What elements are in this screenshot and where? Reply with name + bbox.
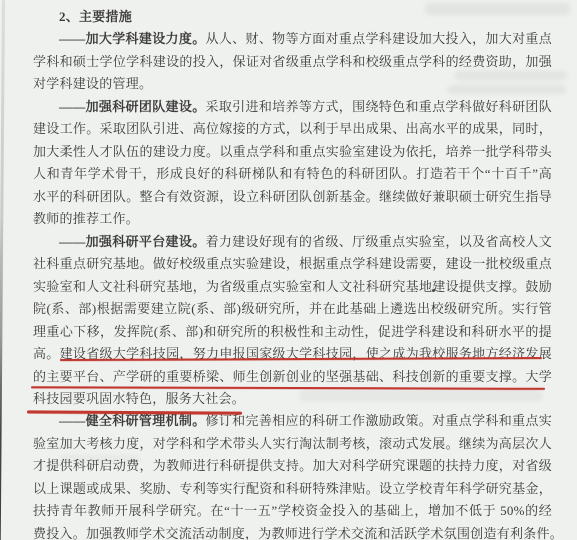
- text-line-underlined: 高。建设省级大学科技园，努力申报国家级大学科技园，使之成为我校服务地方经济发展: [33, 343, 552, 365]
- paragraph-lead: ——加强科研平台建设。: [59, 234, 206, 249]
- line-text: 采取引进和培养等方式，围绕特色和重点学科做好科研团队: [206, 99, 552, 114]
- text-line: 学科和硕士学位学科建设的投入，保证对省级重点学科和校级重点学科的经费资助，加强: [33, 51, 552, 73]
- line-text: 对学科建设的管理。: [33, 76, 152, 91]
- text-line: 加大柔性人才队伍的建设力度。以重点学科和重点实验室建设为依托，培养一批学科带头: [33, 141, 552, 163]
- line-text: 的主要平台、产学研的重要桥梁、师生创新创业的坚强基础、科技创新的重要支撑。大学: [33, 369, 552, 384]
- paragraph-lead: ——加强科研团队建设。: [59, 99, 206, 114]
- text-line-underlined: 科技园要巩固水特色，服务大社会。: [33, 388, 552, 410]
- paragraph-lead: ——健全科研管理机制。: [59, 413, 206, 428]
- scanned-document-page: 2、主要措施 ——加大学科建设力度。从人、财、物等方面对重点学科建设加大投入，加…: [0, 0, 577, 540]
- line-text: 教师的推荐工作。: [33, 211, 139, 226]
- line-text: 才提供科研启动费，为教师进行科研提供支持。加大对科学研究课题的扶持力度，对省级: [33, 458, 552, 473]
- line-text: 科技园要巩固水特色，服务大社会。: [33, 391, 245, 406]
- text-line: 院(系、部)根据需要建立院(系、部)级研究所，并在此基础上遴选出校级研究所。实行…: [33, 298, 552, 320]
- line-text: 建设工作。采取团队引进、高位嫁接的方式，以利于早出成果、出高水平的成果，同时，: [33, 121, 552, 136]
- text-line: 理重心下移，发挥院(系、部)和研究所的积极性和主动性，促进学科建设和科研水平的提: [33, 321, 552, 343]
- line-text: 修订和完善相应的科研工作激励政策。对重点学科和重点实: [206, 413, 552, 428]
- line-text: 社科重点研究基地。做好校级重点实验建设，根据重点学科建设需要，建设一批校级重点: [33, 256, 552, 271]
- text-line: 才提供科研启动费，为教师进行科研提供支持。加大对科学研究课题的扶持力度，对省级: [33, 455, 552, 477]
- line-text: 验室加大考核力度，对学科和学术带头人实行淘汰制考核，滚动式发展。继续为高层次人: [33, 436, 552, 451]
- text-line: 实验室和人文社科研究基地，为省级重点实验室和人文社科研究基地建设提供支撑。鼓励: [33, 276, 552, 298]
- line-text: 加大柔性人才队伍的建设力度。以重点学科和重点实验室建设为依托，培养一批学科带头: [33, 144, 552, 159]
- text-line: 人和青年学术骨干，形成良好的科研梯队和有特色的科研团队。打造若干个“十百千”高: [33, 163, 552, 185]
- line-text: 以上课题或成果、奖励、专利等实行配资和科研特殊津贴。设立学校青年科学研究基金，: [33, 481, 552, 496]
- document-text-block: 2、主要措施 ——加大学科建设力度。从人、财、物等方面对重点学科建设加大投入，加…: [33, 6, 552, 540]
- line-text: 人和青年学术骨干，形成良好的科研梯队和有特色的科研团队。打造若干个“十百千”高: [33, 166, 552, 181]
- text-line: 水平的科研团队。整合有效资源，设立科研团队创新基金。继续做好兼职硕士研究生指导: [33, 186, 552, 208]
- text-line: 以上课题或成果、奖励、专利等实行配资和科研特殊津贴。设立学校青年科学研究基金，: [33, 478, 552, 500]
- line-text: 理重心下移，发挥院(系、部)和研究所的积极性和主动性，促进学科建设和科研水平的提: [33, 324, 552, 339]
- line-text: 学科和硕士学位学科建设的投入，保证对省级重点学科和校级重点学科的经费资助，加强: [33, 54, 552, 69]
- heading-text: 2、主要措施: [59, 9, 132, 24]
- line-text: 扶持青年教师开展科学研究。在“十一五”学校资金投入的基础上，增加不低于 50%的…: [33, 503, 552, 518]
- line-text: 水平的科研团队。整合有效资源，设立科研团队创新基金。继续做好兼职硕士研究生指导: [33, 189, 552, 204]
- text-line: ——加强科研平台建设。着力建设好现有的省级、厅级重点实验室，以及省高校人文: [33, 231, 552, 253]
- text-line-underlined: 的主要平台、产学研的重要桥梁、师生创新创业的坚强基础、科技创新的重要支撑。大学: [33, 366, 552, 388]
- text-line: 费投入。加强教师学术交流活动制度，为教师进行学术交流和活跃学术氛围创造有利条件。: [33, 523, 552, 540]
- paragraph-lead: ——加大学科建设力度。: [59, 31, 206, 46]
- text-line: ——健全科研管理机制。修订和完善相应的科研工作激励政策。对重点学科和重点实: [33, 410, 552, 432]
- section-heading: 2、主要措施: [33, 6, 552, 28]
- text-line: 验室加大考核力度，对学科和学术带头人实行淘汰制考核，滚动式发展。继续为高层次人: [33, 433, 552, 455]
- line-text: 着力建设好现有的省级、厅级重点实验室，以及省高校人文: [206, 234, 552, 249]
- scan-edge-shadow: [0, 0, 5, 540]
- line-text: 费投入。加强教师学术交流活动制度，为教师进行学术交流和活跃学术氛围创造有利条件。: [33, 526, 563, 540]
- text-line: 教师的推荐工作。: [33, 208, 552, 230]
- text-line: 建设工作。采取团队引进、高位嫁接的方式，以利于早出成果、出高水平的成果，同时，: [33, 118, 552, 140]
- line-text: 实验室和人文社科研究基地，为省级重点实验室和人文社科研究基地建设提供支撑。鼓励: [33, 279, 552, 294]
- text-line: ——加强科研团队建设。采取引进和培养等方式，围绕特色和重点学科做好科研团队: [33, 96, 552, 118]
- line-text: 院(系、部)根据需要建立院(系、部)级研究所，并在此基础上遴选出校级研究所。实行…: [33, 301, 552, 316]
- text-line: 社科重点研究基地。做好校级重点实验建设，根据重点学科建设需要，建设一批校级重点: [33, 253, 552, 275]
- text-line: ——加大学科建设力度。从人、财、物等方面对重点学科建设加大投入，加大对重点: [33, 28, 552, 50]
- line-text: 从人、财、物等方面对重点学科建设加大投入，加大对重点: [206, 31, 552, 46]
- text-line: 扶持青年教师开展科学研究。在“十一五”学校资金投入的基础上，增加不低于 50%的…: [33, 500, 552, 522]
- text-line: 对学科建设的管理。: [33, 73, 552, 95]
